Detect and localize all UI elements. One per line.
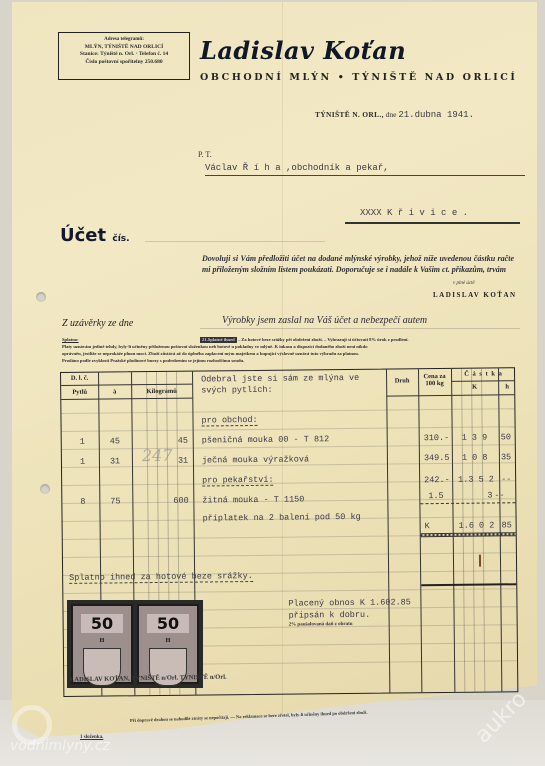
row-line (61, 408, 514, 414)
closing-label: Z uzávěrky ze dne (62, 318, 133, 329)
signature-prefix: v plné úctě (453, 281, 475, 286)
cell-k: 3 (487, 490, 492, 500)
header-druh: Druh (386, 377, 418, 384)
cell-kg: 600 (173, 496, 188, 506)
subtotal-rule (420, 502, 515, 504)
cell-cena: 242.- (424, 475, 450, 485)
recipient-town: XXXX K ř i v i c e . (360, 208, 468, 218)
recipient-line (205, 175, 525, 176)
header-h: h (498, 383, 516, 390)
due-stamp: 21.Splatné ihned (200, 337, 237, 343)
shipping-note: Výrobky jsem zaslal na Váš účet a nebezp… (222, 315, 427, 326)
town-line (345, 222, 520, 224)
company-tagline: OBCHODNÍ MLÝN • TÝNIŠTĚ NAD ORLICÍ (200, 72, 517, 83)
total-rule (421, 532, 516, 537)
cell-pytlu: 1 (80, 437, 85, 447)
invoice-number-label: čís. (112, 234, 129, 244)
cell-k: 1.3 5 2 (458, 474, 494, 484)
section-heading: pro obchod: (201, 415, 257, 427)
terms-line: Platy uznávám jedině tehdy, byly-li učin… (62, 344, 522, 350)
cell-cena: 349.5 (424, 453, 450, 463)
section-heading: pro pekařství: (202, 475, 274, 487)
place: TÝNIŠTĚ N. ORL., (315, 110, 384, 119)
cell-pytlu: 8 (80, 497, 85, 507)
invoice-title: Účet čís. (60, 225, 130, 246)
stamp-unit: H (73, 638, 131, 644)
telegram-address-box: Adresa telegramů: MLÝN, TÝNIŠTĚ NAD ORLI… (58, 32, 190, 80)
header-line (61, 398, 192, 400)
cell-pytlu: 1 (80, 457, 85, 467)
tax-note: 2% paušalovaná daň z obratu (289, 622, 353, 628)
revenue-stamp: 50 H (71, 604, 133, 684)
cell-k: 1 3 9 (462, 433, 488, 443)
shipping-line (200, 328, 520, 329)
place-date: TÝNIŠTĚ N. ORL., dne 21.dubna 1941. (315, 110, 474, 120)
row-line (63, 552, 516, 558)
date: 21.dubna 1941. (398, 110, 474, 120)
revenue-stamp: 50 H (137, 604, 199, 684)
address-line: Stanice: Týniště n. Orl. · Telefon č. 14 (59, 51, 189, 59)
stamp-value: 50 (147, 614, 189, 633)
table-intro: svých pytlích: (201, 385, 273, 396)
address-line: MLÝN, TÝNIŠTĚ NAD ORLICÍ (59, 44, 189, 52)
cell-a: 45 (110, 436, 120, 446)
company-name: Ladislav Koťan (200, 36, 406, 65)
header-a: à (98, 388, 131, 395)
terms-line: 21.Splatné ihned – Za hotové beze srážky… (200, 337, 520, 343)
header-line (61, 384, 192, 386)
dne-label: dne (386, 110, 397, 119)
cell-a: 31 (110, 456, 120, 466)
invoice-number-line (145, 241, 325, 242)
punch-hole (36, 292, 46, 302)
cell-kg: 31 (178, 456, 188, 466)
terms-line: oprávněn, jestliže se neprokáže plnou mo… (62, 351, 522, 357)
intro-text: Dovoluji si Vám předložiti účet na dodan… (202, 253, 514, 275)
cell-kg: 45 (178, 436, 188, 446)
signature: LADISLAV KOŤAN (433, 291, 517, 299)
cell-cena: 1.5 (428, 491, 443, 501)
paid-note: připsán k dobru. (289, 610, 371, 621)
payment-note: Splatno ihned za hotové beze srážky. (69, 571, 253, 584)
cell-a: 75 (110, 496, 120, 506)
stamp-unit: H (139, 638, 197, 644)
cell-h: -- (494, 490, 504, 500)
row-line (62, 444, 515, 450)
table-intro: Odebral jste si sám ze mlýna ve (201, 373, 359, 385)
cell-h: 50 (501, 432, 511, 442)
recipient-name: Václav Ř í h a ,obchodník a pekař, (205, 163, 389, 173)
row-line (63, 588, 516, 594)
cell-k: 1 0 8 (462, 453, 488, 463)
total-k: 1.6 0 2 (459, 520, 495, 530)
cell-h: -- (501, 474, 511, 484)
header-pytlu: Pytlů (61, 389, 98, 396)
terms-text: – Za hotové beze srážky při obdržení zbo… (238, 337, 409, 342)
header-castka: Č á s t k a (451, 370, 516, 378)
handwritten-note: 247 (142, 446, 173, 465)
address-line: Adresa telegramů: (59, 36, 189, 44)
terms-line: Prodáno podle zvyklostí Pražské plodinov… (62, 358, 522, 364)
total-h: 85 (502, 520, 512, 530)
header-cena: Cena za 100 kg (418, 373, 451, 387)
cell-desc: pšeničná mouka 00 - T 812 (202, 434, 330, 445)
cell-h: 35 (501, 452, 511, 462)
cell-desc: příplatek na 2 balení pod 50 kg (202, 512, 360, 524)
cell-cena: 310.- (424, 433, 450, 443)
salutation: P. T. (198, 150, 212, 159)
header-line (386, 394, 514, 396)
header-line (451, 380, 514, 382)
total-label: K (425, 521, 430, 531)
invoice-title-text: Účet (60, 225, 106, 246)
paid-rule (421, 583, 516, 585)
row-line (62, 426, 515, 432)
punch-hole (40, 484, 50, 494)
cell-desc: žitná mouka - T 1150 (202, 494, 304, 505)
stamp-value: 50 (81, 614, 123, 633)
watermark-vodnimlyny: vodnimlyny.cz (10, 738, 110, 754)
paid-note: Placený obnos K 1.602.85 (288, 597, 411, 608)
terms-label: Splatno: (62, 337, 79, 343)
handwritten-mark (479, 555, 481, 567)
header-k: K (451, 383, 498, 390)
header-kilogramu: Kilogramů (131, 388, 192, 396)
header-dlc: D. l. č. (61, 375, 98, 382)
cell-desc: ječná mouka výražková (202, 454, 309, 465)
address-line: Číslo poštovní spořitelny 250.680 (59, 59, 189, 67)
